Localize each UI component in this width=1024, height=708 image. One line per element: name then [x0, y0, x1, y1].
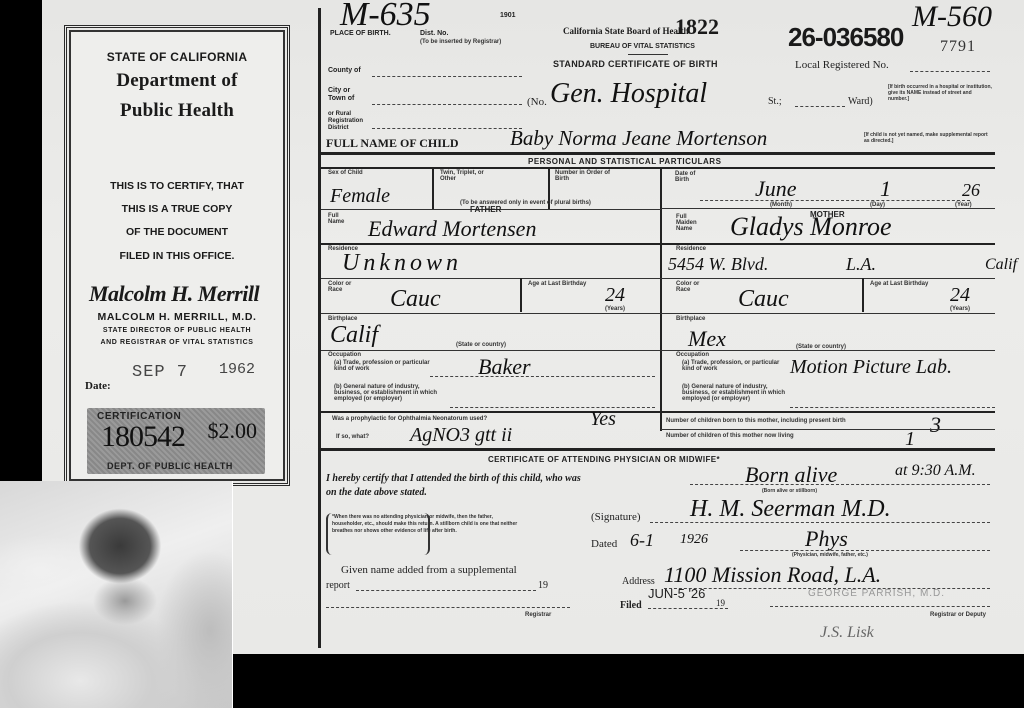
- date-stamp: SEP 7: [132, 363, 188, 382]
- county-label: County of: [328, 67, 361, 74]
- director-name: MALCOLM H. MERRILL, M.D.: [67, 311, 287, 323]
- attendant-role: Phys: [805, 526, 848, 552]
- address-value: 1100 Mission Road, L.A.: [664, 562, 881, 588]
- father-name-label: Full Name: [328, 213, 348, 225]
- dob-year: 26: [962, 180, 980, 201]
- deputy-signature: J.S. Lisk: [820, 624, 874, 642]
- dated-label: Dated: [591, 538, 617, 550]
- mother-trade-label: (a) Trade, profession, or particular kin…: [682, 360, 782, 372]
- rural-label: or Rural Registration District: [328, 111, 373, 132]
- born-note: (Born alive or stillborn): [762, 488, 817, 494]
- board-number: 1822: [675, 14, 719, 40]
- board-title: California State Board of Health: [563, 26, 689, 36]
- mother-industry-label: (b) General nature of industry, business…: [682, 384, 792, 402]
- attendant-heading: CERTIFICATE OF ATTENDING PHYSICIAN OR MI…: [488, 455, 720, 464]
- children-living-label: Number of children of this mother now li…: [666, 433, 794, 439]
- filed-date: JUN-5 '26: [648, 586, 705, 601]
- father-color: Cauc: [390, 286, 441, 313]
- mother-color: Cauc: [738, 286, 789, 313]
- form-code: 1901: [500, 12, 516, 19]
- local-registered-label: Local Registered No.: [795, 59, 889, 71]
- hospital-note: [If birth occurred in a hospital or inst…: [888, 84, 994, 102]
- mother-occupation-label: Occupation: [676, 352, 709, 358]
- father-industry-label: (b) General nature of industry, business…: [334, 384, 444, 402]
- father-state-country-caption: (State or country): [456, 342, 506, 348]
- certify-line-2: THIS IS A TRUE COPY: [67, 203, 287, 215]
- prophylactic-answer: Yes: [590, 408, 616, 431]
- mother-birthplace: Mex: [688, 326, 726, 352]
- mother-color-label: Color or Race: [676, 281, 706, 293]
- signature-label: (Signature): [591, 511, 640, 523]
- no-label: (No.: [527, 96, 547, 108]
- fee-stamp-dept: DEPT. OF PUBLIC HEALTH: [107, 461, 233, 471]
- name-note: [If child is not yet named, make supplem…: [864, 132, 994, 144]
- father-years-caption: (Years): [605, 306, 625, 312]
- registrar-caption: Registrar: [525, 612, 551, 618]
- certify-line-4: FILED IN THIS OFFICE.: [67, 250, 287, 262]
- supplemental-label: Given name added from a supplemental: [341, 564, 517, 576]
- director-signature: Malcolm H. Merrill: [89, 281, 259, 307]
- filed-year-prefix: 19: [716, 598, 725, 608]
- father-age-label: Age at Last Birthday: [528, 281, 586, 287]
- fee-stamp: CERTIFICATION 180542 $2.00 DEPT. OF PUBL…: [87, 408, 265, 474]
- filed-label: Filed: [620, 600, 642, 611]
- father-trade: Baker: [478, 354, 531, 380]
- twin-label: Twin, Triplet, or Other: [440, 170, 500, 182]
- dob-label: Date of Birth: [675, 171, 705, 183]
- dist-no-note: (To be inserted by Registrar): [420, 39, 501, 45]
- dated-value: 6-1: [630, 530, 654, 551]
- mother-residence-label: Residence: [676, 246, 706, 252]
- file-number: M-635: [340, 0, 431, 34]
- director-title-2: AND REGISTRAR OF VITAL STATISTICS: [67, 339, 287, 346]
- father-occupation-label: Occupation: [328, 352, 361, 358]
- state-heading: STATE OF CALIFORNIA: [67, 50, 287, 64]
- local-number: 7791: [940, 38, 976, 56]
- dist-no-label: Dist. No.: [420, 30, 448, 37]
- mother-age-label: Age at Last Birthday: [870, 281, 928, 287]
- registrar-stamp: GEORGE PARRISH, M.D.: [808, 588, 945, 599]
- fee-stamp-amount: $2.00: [208, 418, 258, 444]
- certification-panel: STATE OF CALIFORNIA Department of Public…: [64, 25, 290, 486]
- father-residence: Unknown: [342, 250, 462, 277]
- children-born-value: 3: [930, 412, 941, 438]
- full-name-label: FULL NAME OF CHILD: [326, 136, 459, 151]
- prophylactic-question: Was a prophylactic for Ophthalmia Neonat…: [332, 416, 487, 422]
- children-born-label: Number of children born to this mother, …: [666, 418, 846, 424]
- attendant-statement: I hereby certify that I attended the bir…: [326, 473, 581, 484]
- mother-years-caption: (Years): [950, 306, 970, 312]
- prophylactic-detail: AgNO3 gtt ii: [410, 424, 512, 447]
- certify-line-3: OF THE DOCUMENT: [67, 226, 287, 238]
- father-trade-label: (a) Trade, profession or particular kind…: [334, 360, 434, 372]
- state-file-number: 26-036580: [788, 22, 903, 53]
- certify-line-1: THIS IS TO CERTIFY, THAT: [67, 180, 287, 192]
- father-name: Edward Mortensen: [368, 216, 536, 242]
- mother-age: 24: [950, 284, 970, 307]
- form-left-border: [318, 8, 321, 648]
- if-so-label: If so, what?: [336, 434, 369, 440]
- dated-year: 1926: [680, 532, 708, 548]
- rural-field: [372, 128, 522, 129]
- attendant-footnote: *When there was no attending physician o…: [332, 514, 520, 535]
- city-field: [372, 104, 522, 105]
- born-status: Born alive: [745, 462, 837, 488]
- birth-time: at 9:30 A.M.: [895, 462, 976, 480]
- st-label: St.;: [768, 96, 782, 107]
- mother-name: Gladys Monroe: [730, 212, 892, 242]
- baby-photo: [0, 481, 233, 708]
- department-subtitle: Public Health: [67, 100, 287, 122]
- mother-state: Calif: [985, 256, 1017, 274]
- sex-value: Female: [330, 185, 390, 208]
- director-title-1: STATE DIRECTOR OF PUBLIC HEALTH: [67, 327, 287, 334]
- father-birthplace: Calif: [330, 322, 378, 349]
- dob-month: June: [755, 176, 797, 202]
- father-age: 24: [605, 284, 625, 307]
- sex-label: Sex of Child: [328, 170, 368, 176]
- father-color-label: Color or Race: [328, 281, 358, 293]
- order-label: Number in Order of Birth: [555, 170, 615, 182]
- year-stamp: 1962: [219, 361, 255, 378]
- bureau-label: BUREAU OF VITAL STATISTICS: [590, 43, 695, 50]
- mother-trade: Motion Picture Lab.: [790, 356, 952, 379]
- mother-name-label: Full Maiden Name: [676, 214, 698, 232]
- mother-city: L.A.: [846, 254, 876, 275]
- report-year-prefix: 19: [538, 580, 548, 591]
- father-heading: FATHER: [470, 205, 501, 214]
- registrar-deputy-caption: Registrar or Deputy: [930, 612, 986, 618]
- physician-signature: H. M. Seerman M.D.: [690, 496, 891, 523]
- dob-day: 1: [880, 176, 891, 202]
- fee-stamp-number: 180542: [101, 420, 185, 454]
- form-title: STANDARD CERTIFICATE OF BIRTH: [553, 59, 718, 69]
- section-title: PERSONAL AND STATISTICAL PARTICULARS: [528, 157, 721, 166]
- alt-file-number: M-560: [912, 0, 992, 34]
- mother-residence: 5454 W. Blvd.: [668, 254, 768, 275]
- department-title: Department of: [67, 70, 287, 92]
- date-label: Date:: [85, 380, 111, 392]
- mother-birthplace-label: Birthplace: [676, 316, 705, 322]
- child-full-name: Baby Norma Jeane Mortenson: [510, 126, 767, 151]
- county-field: [372, 76, 522, 77]
- city-label: City or Town of: [328, 87, 368, 103]
- hospital-name: Gen. Hospital: [550, 78, 707, 110]
- report-label: report: [326, 580, 350, 591]
- ward-label: Ward): [848, 96, 873, 107]
- attendant-statement-2: on the date above stated.: [326, 487, 427, 498]
- role-note: (Physician, midwife, father, etc.): [792, 552, 868, 558]
- place-of-birth-label: PLACE OF BIRTH.: [330, 30, 391, 37]
